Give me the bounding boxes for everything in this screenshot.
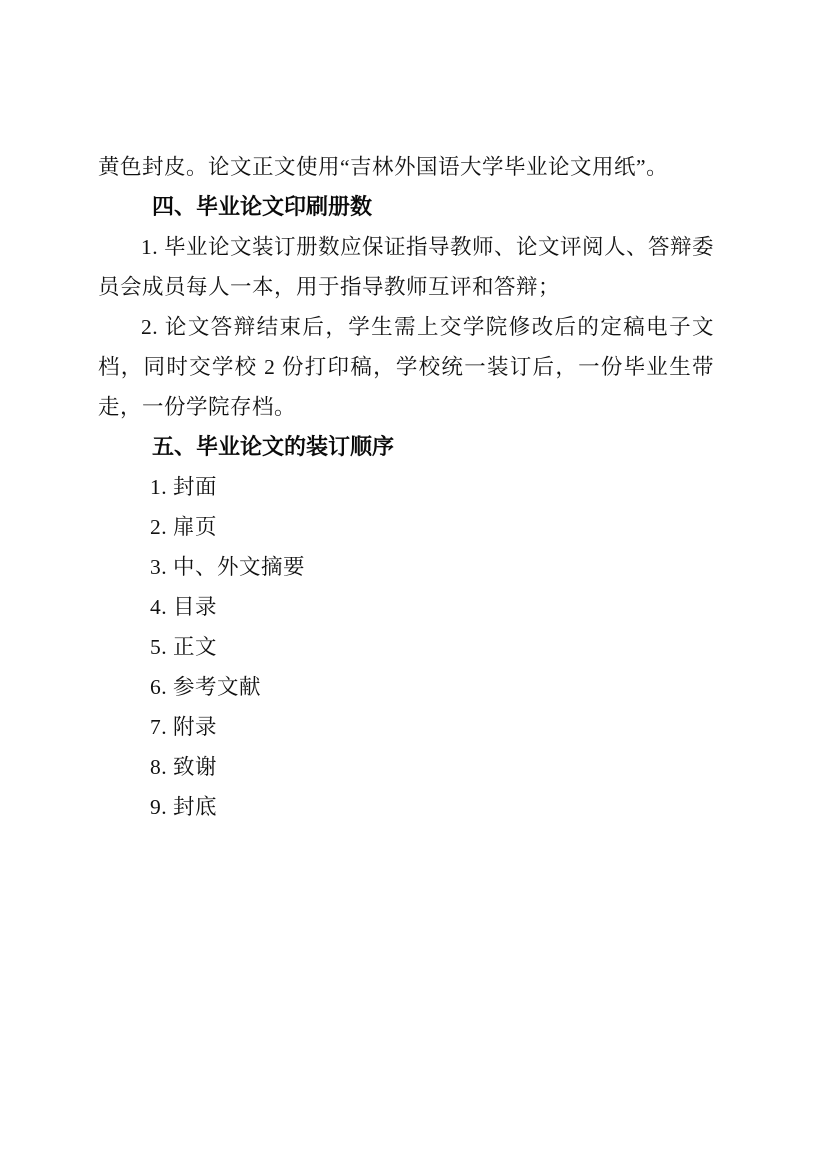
- list-item-main-text: 5. 正文: [98, 627, 714, 667]
- section4-paragraph-1: 1. 毕业论文装订册数应保证指导教师、论文评阅人、答辩委员会成员每人一本，用于指…: [98, 227, 714, 307]
- section4-heading: 四、毕业论文印刷册数: [98, 187, 714, 227]
- binding-order-list: 1. 封面 2. 扉页 3. 中、外文摘要 4. 目录 5. 正文 6. 参考文…: [98, 467, 714, 827]
- intro-paragraph: 黄色封皮。论文正文使用“吉林外国语大学毕业论文用纸”。: [98, 147, 714, 187]
- list-item-abstract: 3. 中、外文摘要: [98, 547, 714, 587]
- section5-heading: 五、毕业论文的装订顺序: [98, 427, 714, 467]
- document-content: 黄色封皮。论文正文使用“吉林外国语大学毕业论文用纸”。 四、毕业论文印刷册数 1…: [98, 147, 714, 827]
- list-item-appendix: 7. 附录: [98, 707, 714, 747]
- document-page: 黄色封皮。论文正文使用“吉林外国语大学毕业论文用纸”。 四、毕业论文印刷册数 1…: [0, 0, 827, 1170]
- list-item-cover: 1. 封面: [98, 467, 714, 507]
- list-item-acknowledgements: 8. 致谢: [98, 747, 714, 787]
- section4-paragraph-2: 2. 论文答辩结束后，学生需上交学院修改后的定稿电子文档，同时交学校 2 份打印…: [98, 307, 714, 427]
- list-item-toc: 4. 目录: [98, 587, 714, 627]
- list-item-back-cover: 9. 封底: [98, 787, 714, 827]
- list-item-title-page: 2. 扉页: [98, 507, 714, 547]
- list-item-references: 6. 参考文献: [98, 667, 714, 707]
